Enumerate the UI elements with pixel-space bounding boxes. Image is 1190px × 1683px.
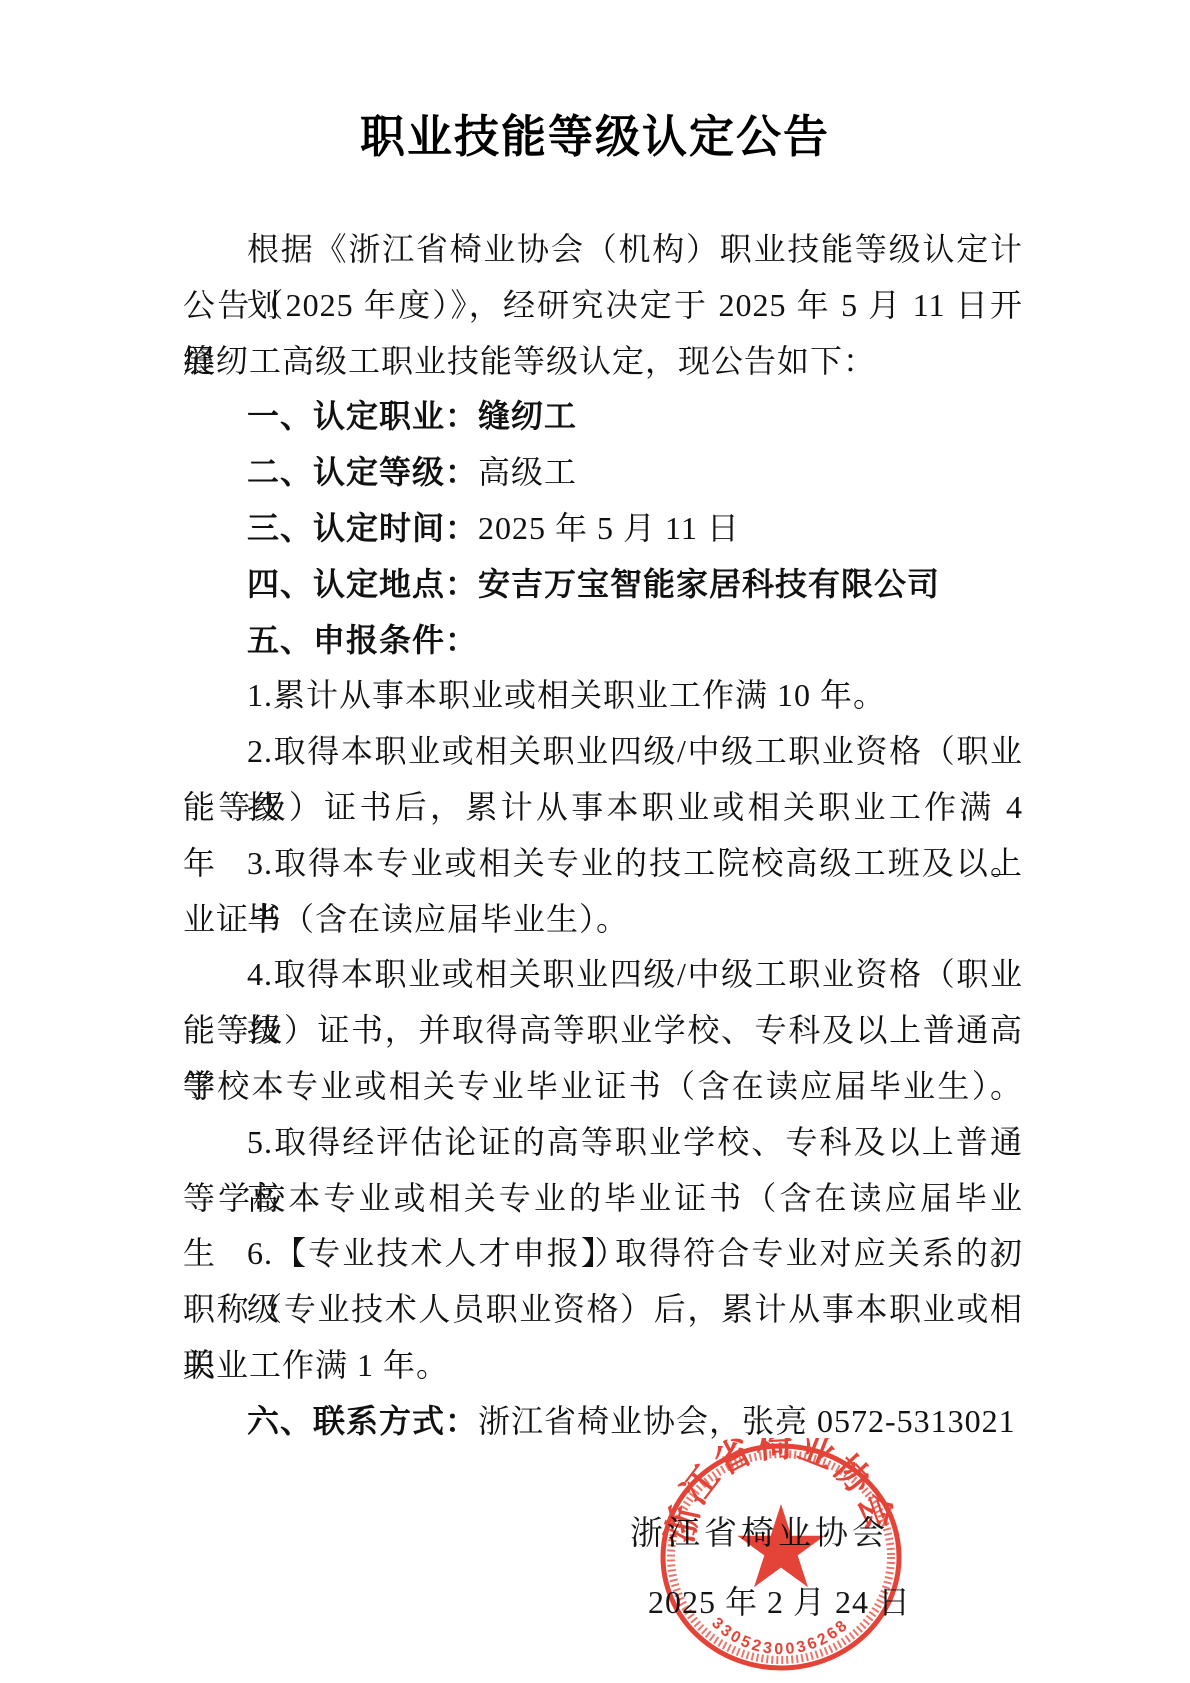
official-seal-stamp: 浙江省椅业协会 3305230036268 (655, 1438, 907, 1676)
page-title: 职业技能等级认定公告 (0, 100, 1190, 165)
document-body: 根据《浙江省椅业协会（机构）职业技能等级认定计划公告（2025 年度）》，经研究… (183, 222, 1023, 1450)
document-line: 业证书（含在读应届毕业生）。 (183, 892, 1023, 948)
document-line: 2.取得本职业或相关职业四级/中级工职业资格（职业技 (183, 724, 1023, 780)
document-line: 3.取得本专业或相关专业的技工院校高级工班及以上毕 (183, 836, 1023, 892)
document-line: 能等级）证书后，累计从事本职业或相关职业工作满 4 年。 (183, 780, 1023, 836)
document-line: 6.【专业技术人才申报】取得符合专业对应关系的初级 (183, 1226, 1023, 1282)
document-line: 二、认定等级：高级工 (183, 445, 1023, 501)
text-segment: 六、联系方式： (247, 1403, 478, 1439)
text-segment: 二、认定等级： (247, 454, 478, 490)
document-page: 职业技能等级认定公告 根据《浙江省椅业协会（机构）职业技能等级认定计划公告（20… (0, 0, 1190, 1683)
text-segment: 2025 年 5 月 11 日 (478, 510, 740, 546)
document-line: 4.取得本职业或相关职业四级/中级工职业资格（职业技 (183, 947, 1023, 1003)
document-line: 一、认定职业：缝纫工 (183, 389, 1023, 445)
document-line: 四、认定地点：安吉万宝智能家居科技有限公司 (183, 557, 1023, 613)
document-line: 学校本专业或相关专业毕业证书（含在读应届毕业生）。 (183, 1059, 1023, 1115)
document-line: 职称（专业技术人员职业资格）后，累计从事本职业或相关 (183, 1282, 1023, 1338)
text-segment: 五、申报条件： (247, 622, 478, 658)
text-segment: 四、认定地点： (247, 566, 478, 602)
text-segment: 缝纫工 (478, 398, 577, 434)
document-line: 根据《浙江省椅业协会（机构）职业技能等级认定计划 (183, 222, 1023, 278)
document-line: 公告（2025 年度）》，经研究决定于 2025 年 5 月 11 日开展 (183, 278, 1023, 334)
text-segment: 职业工作满 1 年。 (183, 1347, 449, 1383)
document-line: 1.累计从事本职业或相关职业工作满 10 年。 (183, 668, 1023, 724)
text-segment: 业证书（含在读应届毕业生）。 (183, 901, 629, 937)
document-line: 5.取得经评估论证的高等职业学校、专科及以上普通高 (183, 1115, 1023, 1171)
document-line: 五、申报条件： (183, 613, 1023, 669)
text-segment: 一、认定职业： (247, 398, 478, 434)
document-line: 职业工作满 1 年。 (183, 1338, 1023, 1394)
document-line: 等学校本专业或相关专业的毕业证书（含在读应届毕业生）。 (183, 1171, 1023, 1227)
text-segment: 学校本专业或相关专业毕业证书（含在读应届毕业生）。 (183, 1068, 1023, 1104)
text-segment: 安吉万宝智能家居科技有限公司 (478, 566, 940, 602)
text-segment: 1.累计从事本职业或相关职业工作满 10 年。 (247, 677, 886, 713)
document-line: 三、认定时间：2025 年 5 月 11 日 (183, 501, 1023, 557)
text-segment: 缝纫工高级工职业技能等级认定，现公告如下： (183, 343, 876, 379)
document-line: 缝纫工高级工职业技能等级认定，现公告如下： (183, 334, 1023, 390)
text-segment: 浙江省椅业协会，张亮 0572-5313021 (478, 1403, 1016, 1439)
text-segment: 三、认定时间： (247, 510, 478, 546)
stamp-star-icon (737, 1504, 824, 1587)
document-line: 能等级）证书，并取得高等职业学校、专科及以上普通高等 (183, 1003, 1023, 1059)
text-segment: 高级工 (478, 454, 577, 490)
